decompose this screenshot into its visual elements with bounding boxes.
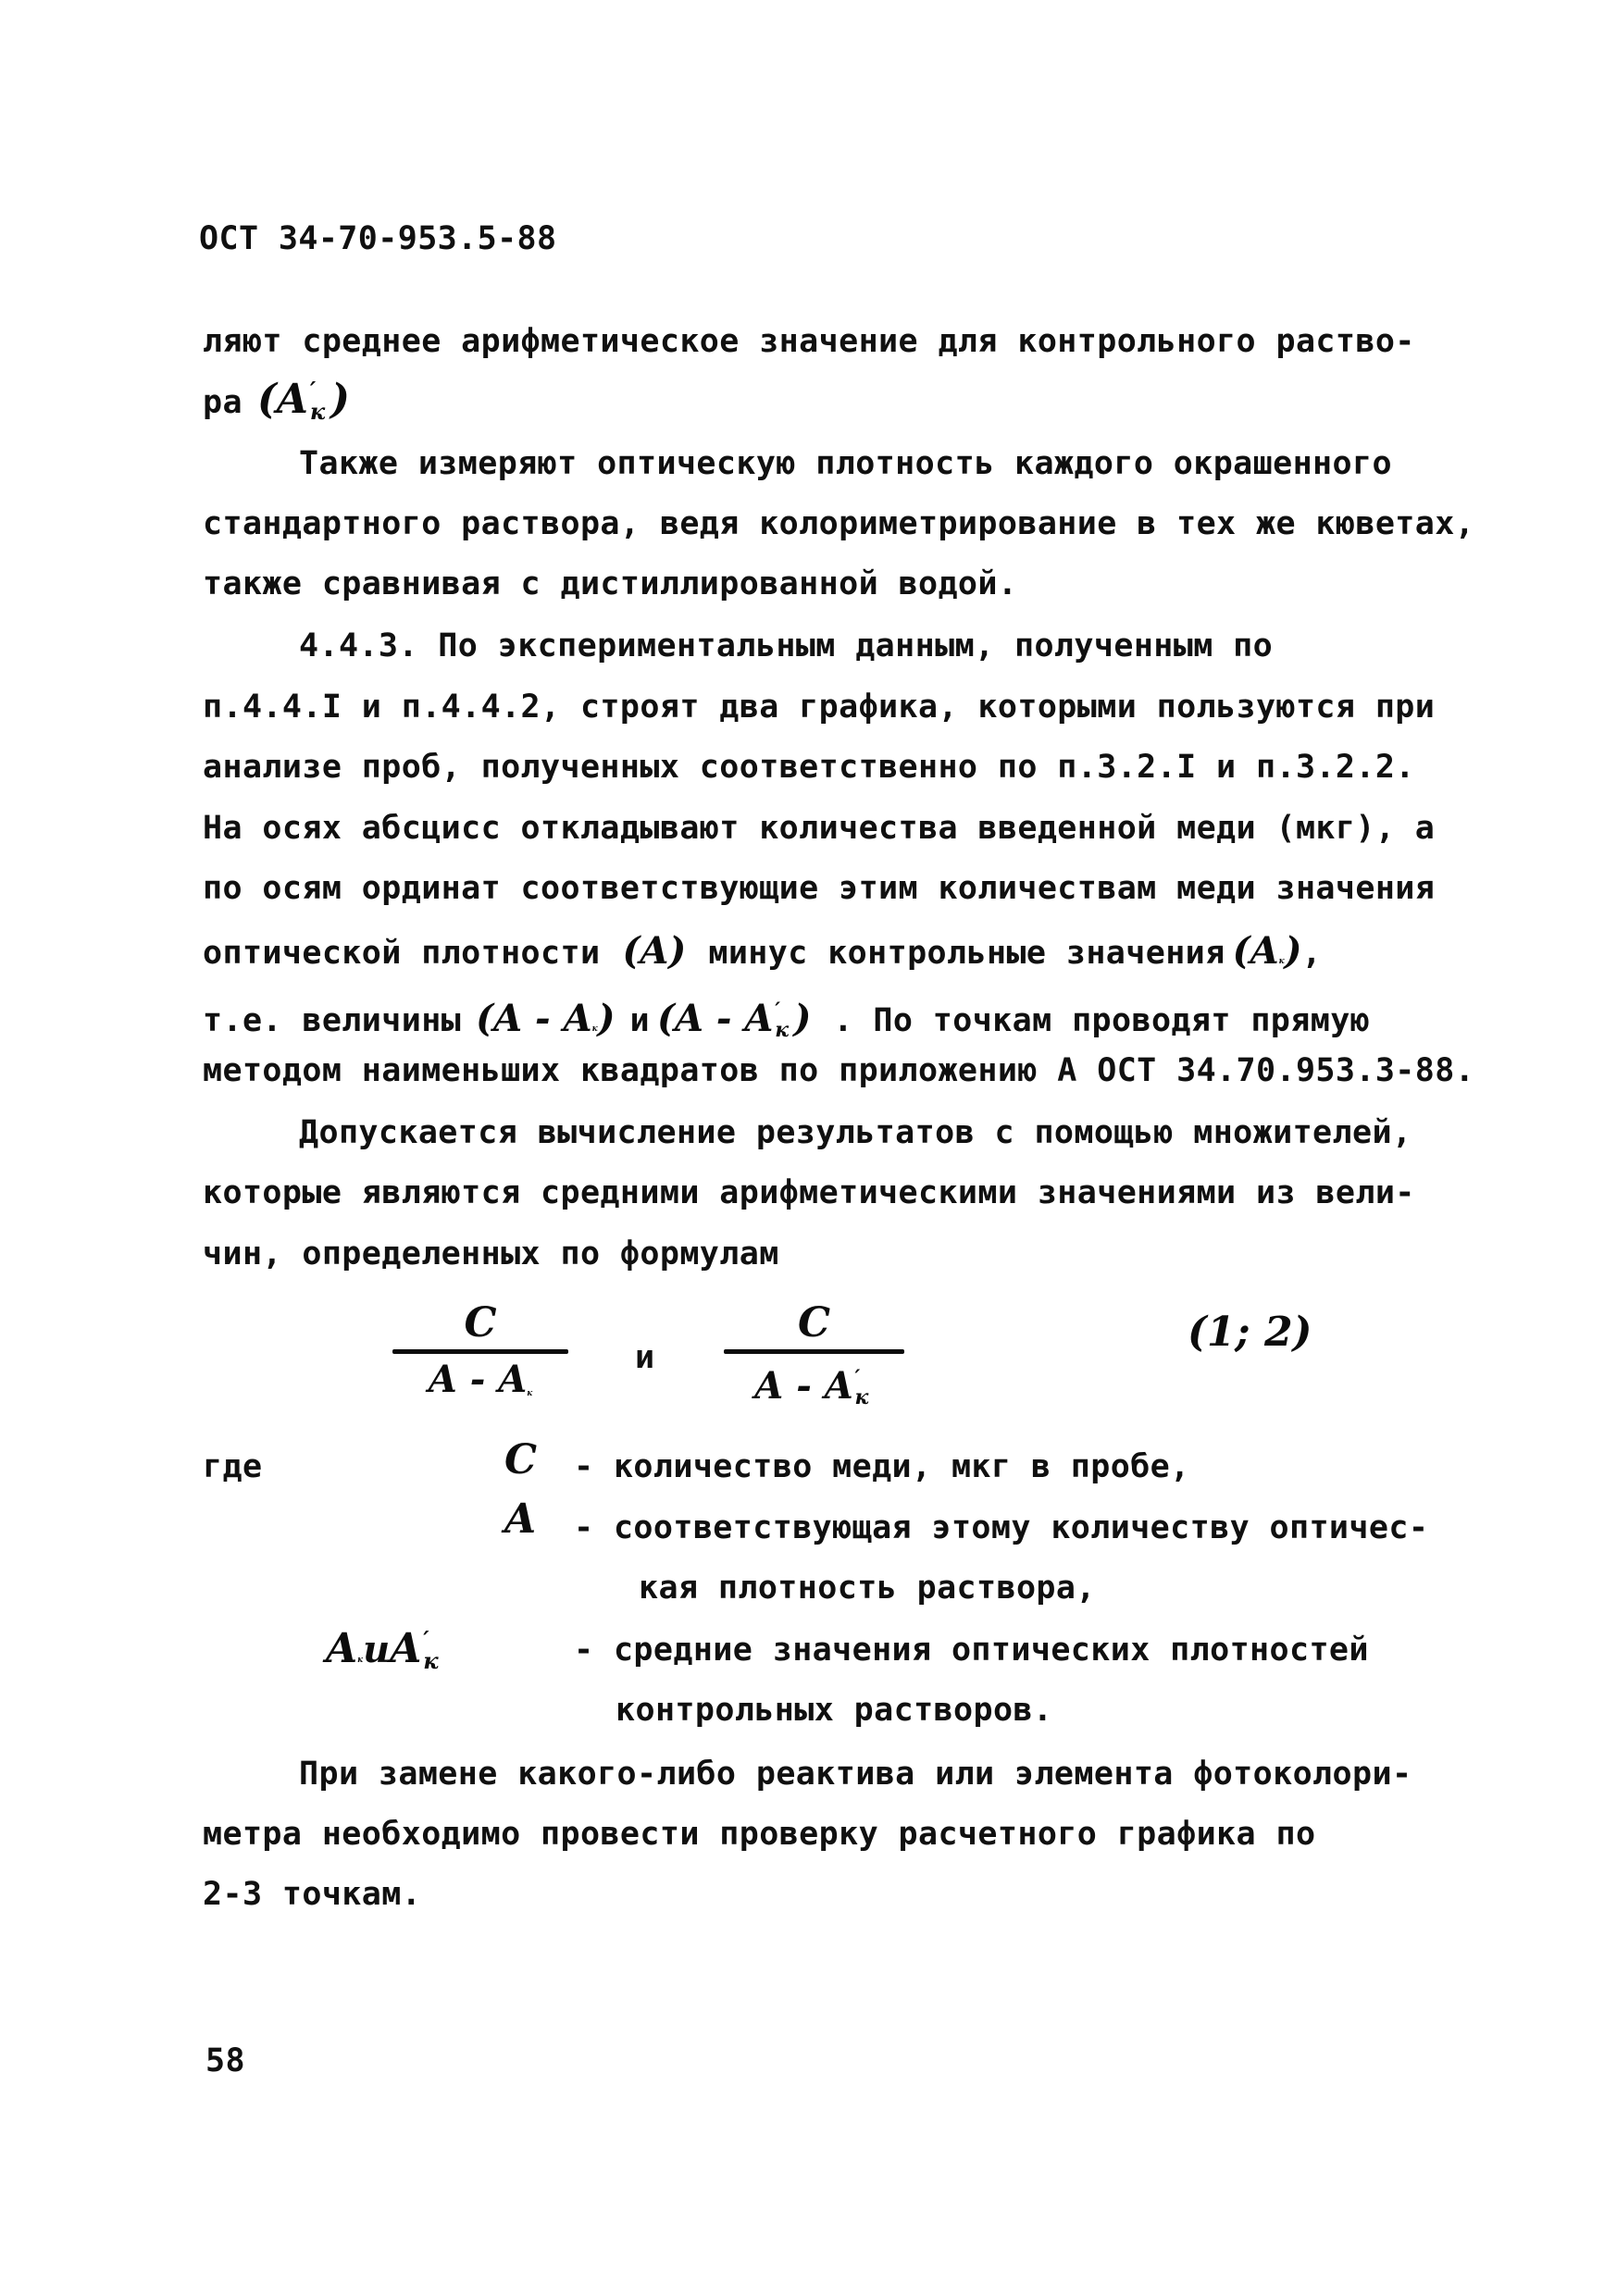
- formula-paren: (: [476, 1000, 493, 1037]
- body-text: т.е. величины: [203, 1005, 461, 1037]
- denominator: A - Aк: [392, 1361, 568, 1398]
- paragraph-line: ляют среднее арифметическое значение для…: [203, 326, 1415, 358]
- where-label-text: где: [203, 1451, 262, 1483]
- paragraph-line-with-formula: т.е. величины ( A - A к ) и ( A - A ′к )…: [203, 994, 1370, 1037]
- formula-paren: ): [598, 1000, 616, 1037]
- body-text: ляют среднее арифметическое значение для…: [203, 326, 1415, 358]
- body-text: . По точкам проводят прямую: [833, 1005, 1370, 1037]
- formula-symbol-A: A: [277, 379, 308, 420]
- body-text: - количество меди, мкг в пробе,: [574, 1451, 1190, 1483]
- paragraph-line: по осям ординат соответствующие этим кол…: [203, 873, 1435, 905]
- body-text: Также измеряют оптическую плотность кажд…: [299, 448, 1392, 480]
- formula-symbol-A: A: [640, 933, 668, 970]
- formula-paren: (: [657, 1000, 675, 1037]
- body-text: - средние значения оптических плотностей: [574, 1634, 1369, 1667]
- formula-symbol-A: A: [1250, 933, 1279, 970]
- where-desc-2: - соответствующая этому количеству оптич…: [574, 1512, 1428, 1545]
- symbol-C: C: [504, 1440, 537, 1481]
- numerator-C: C: [724, 1303, 904, 1344]
- formula-sub-sup: ′к: [853, 1361, 874, 1398]
- standard-number-text: ОСТ 34-70-953.5-88: [199, 223, 557, 255]
- formula-sub-sup: ′к: [421, 1621, 443, 1662]
- paragraph-line-with-formula: ра ( A ′к ): [203, 372, 350, 420]
- body-text: ,: [1302, 937, 1322, 970]
- formula-fraction-2: C A - A′к: [724, 1303, 904, 1405]
- where-symbol-A: A: [504, 1499, 536, 1540]
- subscript-k: к: [527, 1389, 532, 1398]
- paragraph-line: п.4.4.I и п.4.4.2, строят два графика, к…: [203, 691, 1435, 724]
- formula-A-minus-A: A - A: [493, 1000, 592, 1037]
- body-text: также сравнивая с дистиллированной водой…: [203, 568, 1017, 601]
- page-number: 58: [205, 2045, 245, 2078]
- body-text: метра необходимо провести проверку расче…: [203, 1818, 1315, 1851]
- numerator-C: C: [392, 1303, 568, 1344]
- formula-A-minus-A: A - A: [429, 1358, 528, 1401]
- formula-conjunction: и: [635, 1342, 654, 1374]
- body-text: Допускается вычисление результатов с пом…: [299, 1117, 1412, 1149]
- where-symbols-Ak: A к и A ′к: [326, 1621, 444, 1669]
- body-text: п.4.4.I и п.4.4.2, строят два графика, к…: [203, 691, 1435, 724]
- paragraph-line: При замене какого-либо реактива или элем…: [299, 1758, 1412, 1791]
- formula-A-minus-A: A - A: [754, 1364, 853, 1408]
- equation-number: (1; 2): [1188, 1312, 1312, 1353]
- conjunction-text: и: [363, 1632, 390, 1669]
- paragraph-line: которые являются средними арифметическим…: [203, 1177, 1415, 1210]
- formula-paren: ): [1285, 933, 1302, 970]
- subscript-k: к: [423, 1650, 438, 1672]
- formula-A-minus-A: A - A: [675, 1000, 774, 1037]
- where-label: где: [203, 1451, 262, 1483]
- paragraph-line: Также измеряют оптическую плотность кажд…: [299, 448, 1392, 480]
- formula-paren: (: [1233, 933, 1250, 970]
- body-text: На осях абсцисс откладывают количества в…: [203, 813, 1435, 845]
- paragraph-line-with-formula: оптической плотности ( A ) минус контрол…: [203, 933, 1322, 970]
- paragraph-line: Допускается вычисление результатов с пом…: [299, 1117, 1412, 1149]
- body-text: стандартного раствора, ведя колориметрир…: [203, 508, 1474, 540]
- where-symbol-C: C: [504, 1440, 537, 1481]
- body-text: ра: [203, 387, 243, 419]
- fraction-bar: [392, 1349, 568, 1354]
- formula-paren: ): [330, 379, 350, 420]
- formula-sub-sup: ′к: [773, 994, 793, 1031]
- body-text: анализе проб, полученных соответственно …: [203, 751, 1415, 784]
- body-text: минус контрольные значения: [708, 937, 1225, 970]
- paragraph-line: стандартного раствора, ведя колориметрир…: [203, 508, 1474, 540]
- body-text: При замене какого-либо реактива или элем…: [299, 1758, 1412, 1791]
- body-text: - соответствующая этому количеству оптич…: [574, 1512, 1428, 1545]
- formula-fraction-1: C A - Aк: [392, 1303, 568, 1398]
- paragraph-line: методом наименьших квадратов по приложен…: [203, 1055, 1474, 1087]
- body-text: которые являются средними арифметическим…: [203, 1177, 1415, 1210]
- formula-paren: ): [793, 1000, 811, 1037]
- paragraph-line: 2-3 точкам.: [203, 1879, 421, 1911]
- standard-number: ОСТ 34-70-953.5-88: [199, 223, 557, 255]
- paragraph-line: метра необходимо провести проверку расче…: [203, 1818, 1315, 1851]
- clause-4-4-3-line: 4.4.3. По экспериментальным данным, полу…: [299, 630, 1273, 663]
- paragraph-line: чин, определенных по формулам: [203, 1238, 779, 1271]
- document-page: ОСТ 34-70-953.5-88 ляют среднее арифмети…: [0, 0, 1617, 2296]
- body-text: по осям ординат соответствующие этим кол…: [203, 873, 1435, 905]
- where-desc-3: - средние значения оптических плотностей: [574, 1634, 1369, 1667]
- denominator: A - A′к: [724, 1361, 904, 1405]
- subscript-k: к: [310, 401, 325, 423]
- subscript-k: к: [775, 1020, 789, 1040]
- body-text: контрольных растворов.: [616, 1694, 1052, 1727]
- paragraph-line: анализе проб, полученных соответственно …: [203, 751, 1415, 784]
- body-text: методом наименьших квадратов по приложен…: [203, 1055, 1474, 1087]
- where-desc-3-cont: контрольных растворов.: [616, 1694, 1052, 1727]
- symbol-A: A: [504, 1499, 536, 1540]
- formula-paren: (: [257, 379, 277, 420]
- page-number-text: 58: [205, 2045, 245, 2078]
- body-text: кая плотность раствора,: [639, 1572, 1096, 1605]
- where-desc-2-cont: кая плотность раствора,: [639, 1572, 1096, 1605]
- symbol-A: A: [326, 1629, 357, 1669]
- subscript-k: к: [855, 1387, 869, 1408]
- body-text: 4.4.3. По экспериментальным данным, полу…: [299, 630, 1273, 663]
- body-text: чин, определенных по формулам: [203, 1238, 779, 1271]
- formula-paren: ): [668, 933, 686, 970]
- symbol-A: A: [390, 1629, 421, 1669]
- paragraph-line: На осях абсцисс откладывают количества в…: [203, 813, 1435, 845]
- formula-paren: (: [622, 933, 640, 970]
- where-desc-1: - количество меди, мкг в пробе,: [574, 1451, 1190, 1483]
- equation-number-text: (1; 2): [1188, 1312, 1312, 1353]
- fraction-bar: [724, 1349, 904, 1354]
- formula-sub-sup: ′к: [308, 372, 330, 413]
- body-text: и: [630, 1005, 650, 1037]
- body-text: оптической плотности: [203, 937, 600, 970]
- body-text: 2-3 точкам.: [203, 1879, 421, 1911]
- paragraph-line: также сравнивая с дистиллированной водой…: [203, 568, 1017, 601]
- conjunction-text: и: [635, 1342, 654, 1374]
